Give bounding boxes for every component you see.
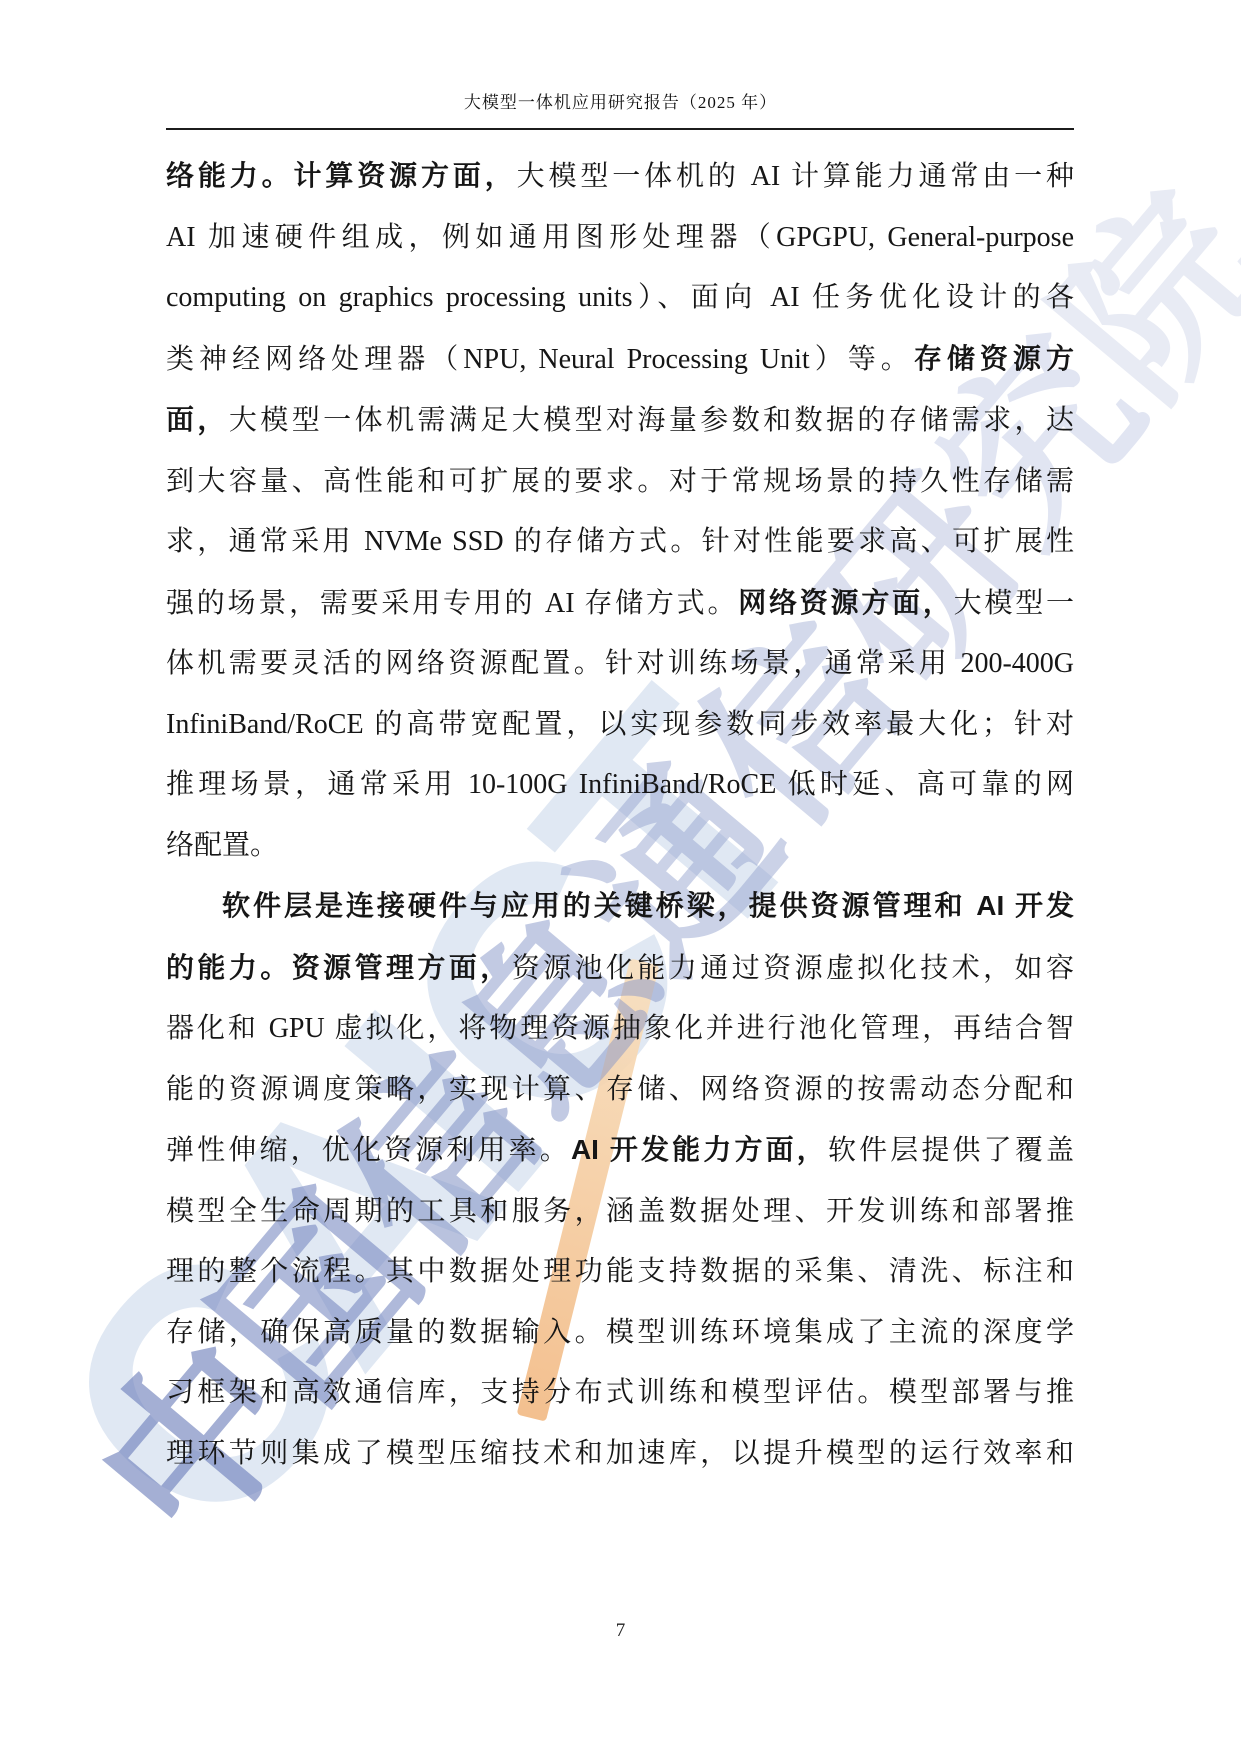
body-line: 面，大模型一体机需满足大模型对海量参数和数据的存储需求，达 bbox=[166, 390, 1074, 452]
body-text-regular: computing on graphics processing units）、… bbox=[166, 282, 1074, 313]
body-text-regular: InfiniBand/RoCE 的高带宽配置，以实现参数同步效率最大化；针对 bbox=[166, 709, 1074, 740]
body-text-regular: 大模型一 bbox=[954, 588, 1074, 619]
body-text-bold: 面， bbox=[166, 404, 229, 435]
body-line: computing on graphics processing units）、… bbox=[166, 268, 1074, 329]
body-text-regular: 类神经网络处理器（NPU, Neural Processing Unit）等。 bbox=[166, 344, 914, 375]
body-text-bold: 络能力。计算资源方面， bbox=[166, 160, 517, 191]
body-line: 器化和 GPU 虚拟化，将物理资源抽象化并进行池化管理，再结合智 bbox=[166, 999, 1074, 1060]
body-text-regular: 软件层提供了覆盖 bbox=[828, 1135, 1074, 1166]
body-line: 类神经网络处理器（NPU, Neural Processing Unit）等。存… bbox=[166, 329, 1074, 391]
body-text-regular: 存储，确保高质量的数据输入。模型训练环境集成了主流的深度学 bbox=[166, 1317, 1074, 1348]
body-line: 软件层是连接硬件与应用的关键桥梁，提供资源管理和 AI 开发 bbox=[166, 876, 1074, 938]
body-text-regular: 大模型一体机的 AI 计算能力通常由一种 bbox=[517, 161, 1074, 192]
body-text-bold: 存储资源方 bbox=[914, 343, 1074, 374]
body-text-regular: 理环节则集成了模型压缩技术和加速库，以提升模型的运行效率和 bbox=[166, 1438, 1074, 1469]
body-text-regular: 强的场景，需要采用专用的 AI 存储方式。 bbox=[166, 588, 738, 619]
body-text-regular: 推理场景，通常采用 10-100G InfiniBand/RoCE 低时延、高可… bbox=[166, 769, 1074, 800]
body-text-regular: 大模型一体机需满足大模型对海量参数和数据的存储需求，达 bbox=[229, 405, 1074, 436]
body-line: 推理场景，通常采用 10-100G InfiniBand/RoCE 低时延、高可… bbox=[166, 755, 1074, 816]
body-text-regular: 能的资源调度策略，实现计算、存储、网络资源的按需动态分配和 bbox=[166, 1074, 1074, 1105]
body-text-regular: 器化和 GPU 虚拟化，将物理资源抽象化并进行池化管理，再结合智 bbox=[166, 1013, 1074, 1044]
body-line: 的能力。资源管理方面，资源池化能力通过资源虚拟化技术，如容 bbox=[166, 938, 1074, 1000]
body-line: AI 加速硬件组成，例如通用图形处理器（GPGPU, General-purpo… bbox=[166, 208, 1074, 269]
body-text-regular: 理的整个流程。其中数据处理功能支持数据的采集、清洗、标注和 bbox=[166, 1256, 1074, 1287]
body: 络能力。计算资源方面，大模型一体机的 AI 计算能力通常由一种AI 加速硬件组成… bbox=[166, 146, 1074, 1484]
body-line: 求，通常采用 NVMe SSD 的存储方式。针对性能要求高、可扩展性 bbox=[166, 512, 1074, 573]
body-line: 模型全生命周期的工具和服务，涵盖数据处理、开发训练和部署推 bbox=[166, 1182, 1074, 1243]
body-text-regular: 体机需要灵活的网络资源配置。针对训练场景，通常采用 200-400G bbox=[166, 648, 1074, 679]
body-text-regular: 资源池化能力通过资源虚拟化技术，如容 bbox=[512, 953, 1074, 984]
body-line: 络配置。 bbox=[166, 816, 1074, 877]
page-header-title: 大模型一体机应用研究报告（2025 年） bbox=[0, 88, 1241, 113]
body-line: 体机需要灵活的网络资源配置。针对训练场景，通常采用 200-400G bbox=[166, 634, 1074, 695]
page-number: 7 bbox=[0, 1620, 1241, 1642]
body-text-regular: 到大容量、高性能和可扩展的要求。对于常规场景的持久性存储需 bbox=[166, 466, 1074, 497]
body-line: 到大容量、高性能和可扩展的要求。对于常规场景的持久性存储需 bbox=[166, 452, 1074, 513]
body-line: 理环节则集成了模型压缩技术和加速库，以提升模型的运行效率和 bbox=[166, 1424, 1074, 1485]
body-line: InfiniBand/RoCE 的高带宽配置，以实现参数同步效率最大化；针对 bbox=[166, 695, 1074, 756]
body-text-regular: 求，通常采用 NVMe SSD 的存储方式。针对性能要求高、可扩展性 bbox=[166, 526, 1074, 557]
body-line: 存储，确保高质量的数据输入。模型训练环境集成了主流的深度学 bbox=[166, 1303, 1074, 1364]
body-line: 理的整个流程。其中数据处理功能支持数据的采集、清洗、标注和 bbox=[166, 1242, 1074, 1303]
body-line: 能的资源调度策略，实现计算、存储、网络资源的按需动态分配和 bbox=[166, 1060, 1074, 1121]
body-text-bold: AI 开发能力方面， bbox=[571, 1134, 828, 1165]
body-text-regular: 络配置。 bbox=[166, 830, 278, 861]
header-divider bbox=[166, 128, 1074, 130]
body-text-bold: 软件层是连接硬件与应用的关键桥梁，提供资源管理和 AI 开发 bbox=[222, 890, 1074, 921]
body-text-bold: 网络资源方面， bbox=[738, 587, 953, 618]
body-text-bold: 的能力。资源管理方面， bbox=[166, 952, 512, 983]
body-text-regular: 习框架和高效通信库，支持分布式训练和模型评估。模型部署与推 bbox=[166, 1377, 1074, 1408]
body-line: 弹性伸缩，优化资源利用率。AI 开发能力方面，软件层提供了覆盖 bbox=[166, 1120, 1074, 1182]
document-page: CAICT 中国信息通信研究院 大模型一体机应用研究报告（2025 年） 络能力… bbox=[0, 0, 1241, 1754]
body-line: 络能力。计算资源方面，大模型一体机的 AI 计算能力通常由一种 bbox=[166, 146, 1074, 208]
body-line: 强的场景，需要采用专用的 AI 存储方式。网络资源方面，大模型一 bbox=[166, 573, 1074, 635]
body-text-regular: 弹性伸缩，优化资源利用率。 bbox=[166, 1135, 571, 1166]
body-text-regular: 模型全生命周期的工具和服务，涵盖数据处理、开发训练和部署推 bbox=[166, 1196, 1074, 1227]
body-text-regular: AI 加速硬件组成，例如通用图形处理器（GPGPU, General-purpo… bbox=[166, 222, 1074, 253]
body-line: 习框架和高效通信库，支持分布式训练和模型评估。模型部署与推 bbox=[166, 1363, 1074, 1424]
